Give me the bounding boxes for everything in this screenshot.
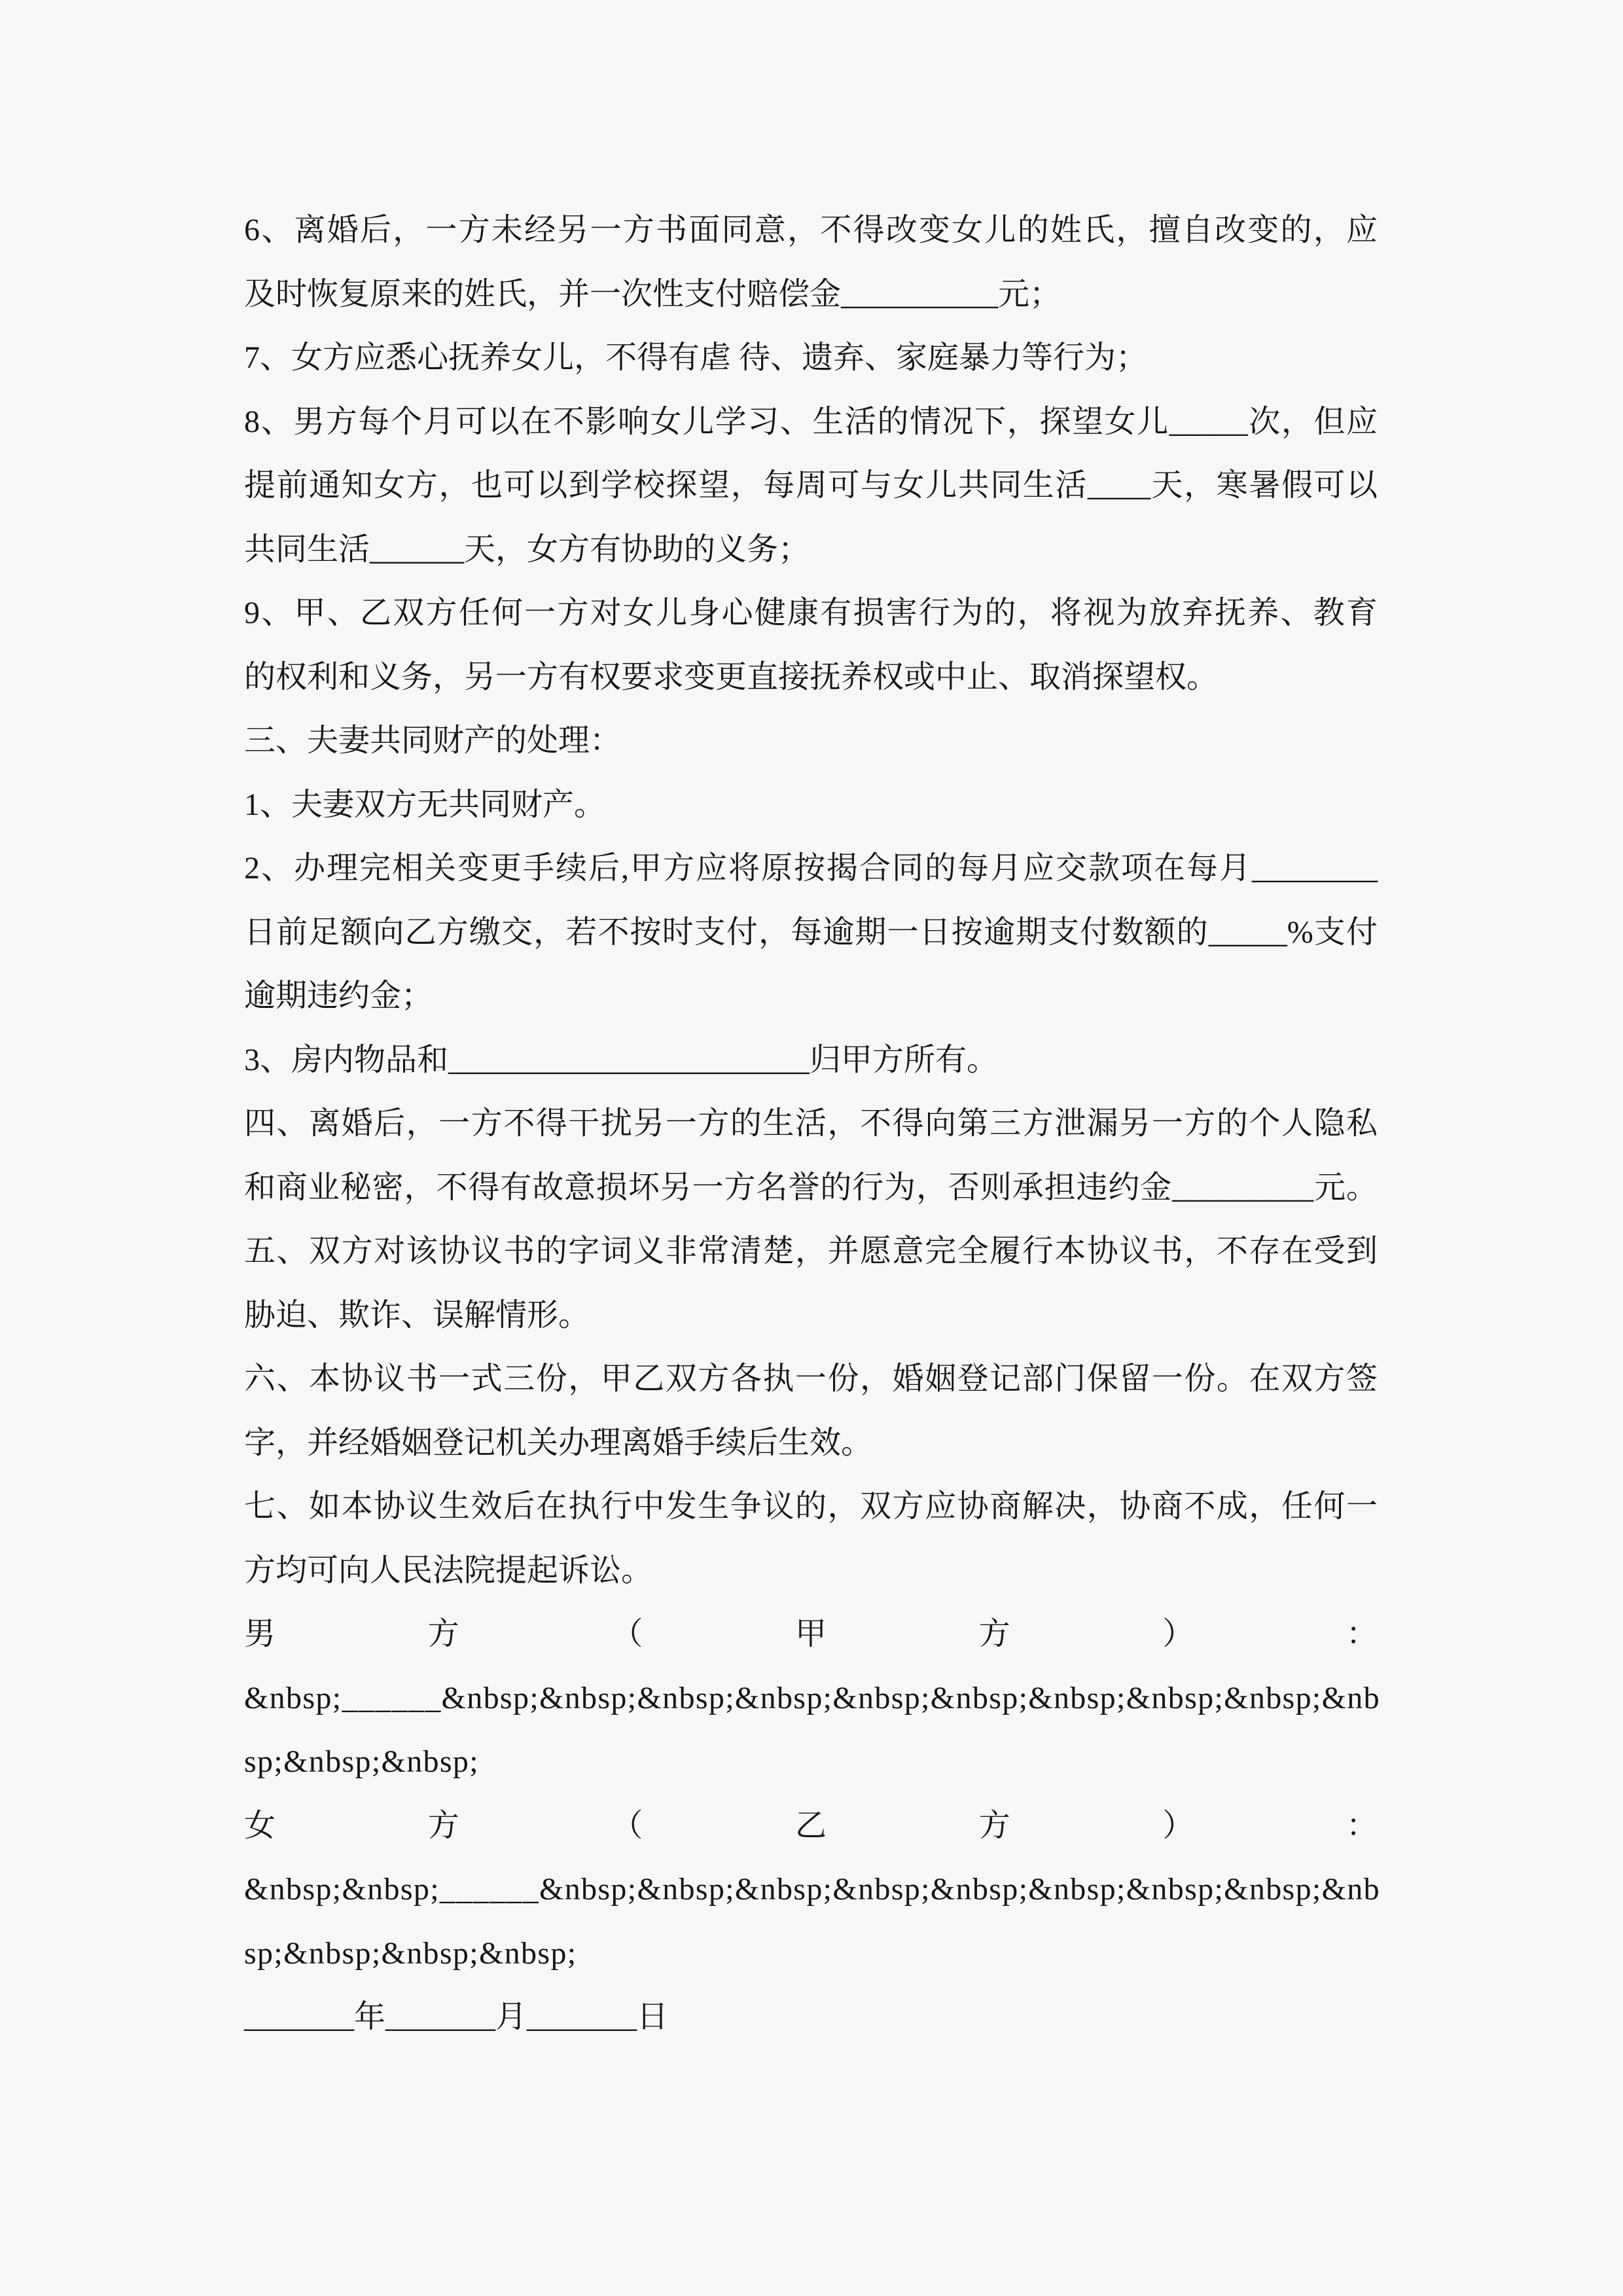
clause-line: 六、本协议书一式三份，甲乙双方各执一份，婚姻登记部门保留一份。在双方签 <box>244 1347 1378 1411</box>
clause-line: 方均可向人民法院提起诉讼。 <box>244 1539 1378 1603</box>
clause-line: 日前足额向乙方缴交，若不按时支付，每逾期一日按逾期支付数额的_____%支付 <box>244 901 1378 965</box>
agreement-body: 6、离婚后，一方未经另一方书面同意，不得改变女儿的姓氏，擅自改变的，应 及时恢复… <box>244 198 1378 2049</box>
clause-line: 七、如本协议生效后在执行中发生争议的，双方应协商解决，协商不成，任何一 <box>244 1475 1378 1539</box>
caption-char: 方 <box>979 1602 1010 1666</box>
date-line: _______年_______月_______日 <box>244 1985 1378 2049</box>
caption-char: 甲 <box>795 1602 827 1666</box>
signature-caption-female: 女 方 （ 乙 方 ） ： <box>244 1794 1378 1858</box>
caption-char: 方 <box>428 1794 459 1858</box>
clause-line: 1、夫妻双方无共同财产。 <box>244 773 1378 837</box>
clause-line: 五、双方对该协议书的字词义非常清楚，并愿意完全履行本协议书，不存在受到 <box>244 1219 1378 1283</box>
nbsp-artifact-line: sp;&nbsp;&nbsp; <box>244 1730 1378 1794</box>
clause-line: 及时恢复原来的姓氏，并一次性支付赔偿金__________元； <box>244 262 1378 327</box>
clause-line: 胁迫、欺诈、误解情形。 <box>244 1283 1378 1348</box>
caption-char: （ <box>611 1794 643 1858</box>
clause-line: 3、房内物品和_______________________归甲方所有。 <box>244 1028 1378 1092</box>
clause-line: 8、男方每个月可以在不影响女儿学习、生活的情况下，探望女儿_____次，但应 <box>244 390 1378 454</box>
clause-line: 逾期违约金； <box>244 964 1378 1028</box>
caption-char: ： <box>1346 1794 1378 1858</box>
clause-line: 共同生活______天，女方有协助的义务； <box>244 518 1378 582</box>
section-heading-property: 三、夫妻共同财产的处理： <box>244 709 1378 773</box>
caption-char: ） <box>1162 1602 1194 1666</box>
clause-line: 提前通知女方，也可以到学校探望，每周可与女儿共同生活____天，寒暑假可以 <box>244 454 1378 518</box>
nbsp-artifact-line: sp;&nbsp;&nbsp;&nbsp; <box>244 1922 1378 1986</box>
caption-char: 男 <box>244 1602 276 1666</box>
caption-char: ） <box>1162 1794 1194 1858</box>
clause-line: 9、甲、乙双方任何一方对女儿身心健康有损害行为的，将视为放弃抚养、教育 <box>244 581 1378 645</box>
caption-char: （ <box>611 1602 643 1666</box>
caption-char: 女 <box>244 1794 276 1858</box>
clause-line: 6、离婚后，一方未经另一方书面同意，不得改变女儿的姓氏，擅自改变的，应 <box>244 198 1378 262</box>
signature-caption-male: 男 方 （ 甲 方 ） ： <box>244 1602 1378 1666</box>
nbsp-artifact-line: &nbsp;______&nbsp;&nbsp;&nbsp;&nbsp;&nbs… <box>244 1666 1378 1731</box>
caption-char: 乙 <box>795 1794 827 1858</box>
clause-line: 2、办理完相关变更手续后,甲方应将原按揭合同的每月应交款项在每月________ <box>244 836 1378 901</box>
clause-line: 的权利和义务，另一方有权要求变更直接抚养权或中止、取消探望权。 <box>244 645 1378 709</box>
caption-char: 方 <box>428 1602 459 1666</box>
nbsp-artifact-line: &nbsp;&nbsp;______&nbsp;&nbsp;&nbsp;&nbs… <box>244 1857 1378 1922</box>
clause-line: 7、女方应悉心抚养女儿，不得有虐 待、遗弃、家庭暴力等行为； <box>244 326 1378 390</box>
caption-char: 方 <box>979 1794 1010 1858</box>
caption-char: ： <box>1346 1602 1378 1666</box>
clause-line: 和商业秘密，不得有故意损坏另一方名誉的行为，否则承担违约金_________元。 <box>244 1156 1378 1220</box>
clause-line: 字，并经婚姻登记机关办理离婚手续后生效。 <box>244 1411 1378 1475</box>
clause-line: 四、离婚后，一方不得干扰另一方的生活，不得向第三方泄漏另一方的个人隐私 <box>244 1092 1378 1156</box>
